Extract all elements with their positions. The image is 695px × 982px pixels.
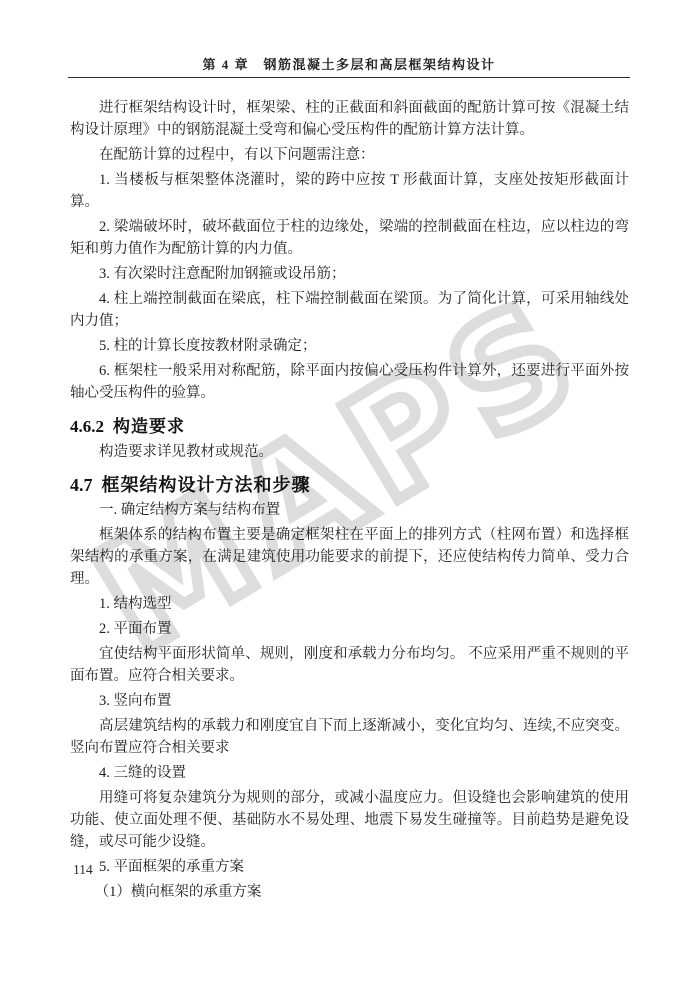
note-item-4: 4. 柱上端控制截面在梁底，柱下端控制截面在梁顶。为了简化计算，可采用轴线处内力… xyxy=(70,288,629,332)
section-heading-4-7: 4.7框架结构设计方法和步骤 xyxy=(70,474,629,496)
paragraph-frame-layout: 框架体系的结构布置主要是确定框架柱在平面上的排列方式（柱网布置）和选择框架结构的… xyxy=(70,524,629,590)
chapter-header: 第 4 章 钢筋混凝土多层和高层框架结构设计 xyxy=(68,54,630,73)
item-bearing-scheme: 5. 平面框架的承重方案 xyxy=(70,856,629,878)
item-vertical-layout: 3. 竖向布置 xyxy=(70,690,629,712)
item-structure-type: 1. 结构选型 xyxy=(70,593,629,615)
note-item-5: 5. 柱的计算长度按教材附录确定； xyxy=(70,335,629,357)
item-transverse-scheme: （1）横向框架的承重方案 xyxy=(70,881,629,903)
section-number: 4.7 xyxy=(70,475,93,495)
item-joints: 4. 三缝的设置 xyxy=(70,762,629,784)
section-heading-4-6-2: 4.6.2构造要求 xyxy=(70,416,629,438)
paragraph-plane: 宜使结构平面形状简单、规则，刚度和承载力分布均匀。 不应采用严重不规则的平面布置… xyxy=(70,643,629,687)
note-item-1: 1. 当楼板与框架整体浇灌时，梁的跨中应按 T 形截面计算，支座处按矩形截面计算… xyxy=(70,169,629,213)
section-title: 构造要求 xyxy=(113,417,185,436)
page-body: 进行框架结构设计时，框架梁、柱的正截面和斜面截面的配筋计算可按《混凝土结构设计原… xyxy=(70,94,629,906)
note-item-2: 2. 梁端破坏时，破坏截面位于柱的边缘处，梁端的控制截面在柱边，应以柱边的弯矩和… xyxy=(70,216,629,260)
note-item-3: 3. 有次梁时注意配附加钢箍或设吊筋； xyxy=(70,263,629,285)
page-number: 114 xyxy=(73,862,93,878)
item-plane-layout: 2. 平面布置 xyxy=(70,618,629,640)
paragraph-note-lead: 在配筋计算的过程中，有以下问题需注意： xyxy=(70,144,629,166)
paragraph-intro: 进行框架结构设计时，框架梁、柱的正截面和斜面截面的配筋计算可按《混凝土结构设计原… xyxy=(70,97,629,141)
section-title: 框架结构设计方法和步骤 xyxy=(102,475,311,495)
paragraph-vertical: 高层建筑结构的承载力和刚度宜自下而上逐渐减小，变化宜均匀、连续,不应突变。竖向布… xyxy=(70,715,629,759)
document-page: MAPS 第 4 章 钢筋混凝土多层和高层框架结构设计 进行框架结构设计时，框架… xyxy=(0,0,695,982)
step-one-heading: 一. 确定结构方案与结构布置 xyxy=(70,499,629,521)
paragraph-joints: 用缝可将复杂建筑分为规则的部分，或减小温度应力。但设缝也会影响建筑的使用功能、使… xyxy=(70,787,629,853)
header-rule xyxy=(68,77,630,78)
paragraph-462: 构造要求详见教材或规范。 xyxy=(70,441,629,463)
section-number: 4.6.2 xyxy=(70,417,104,436)
note-item-6: 6. 框架柱一般采用对称配筋，除平面内按偏心受压构件计算外，还要进行平面外按轴心… xyxy=(70,360,629,404)
